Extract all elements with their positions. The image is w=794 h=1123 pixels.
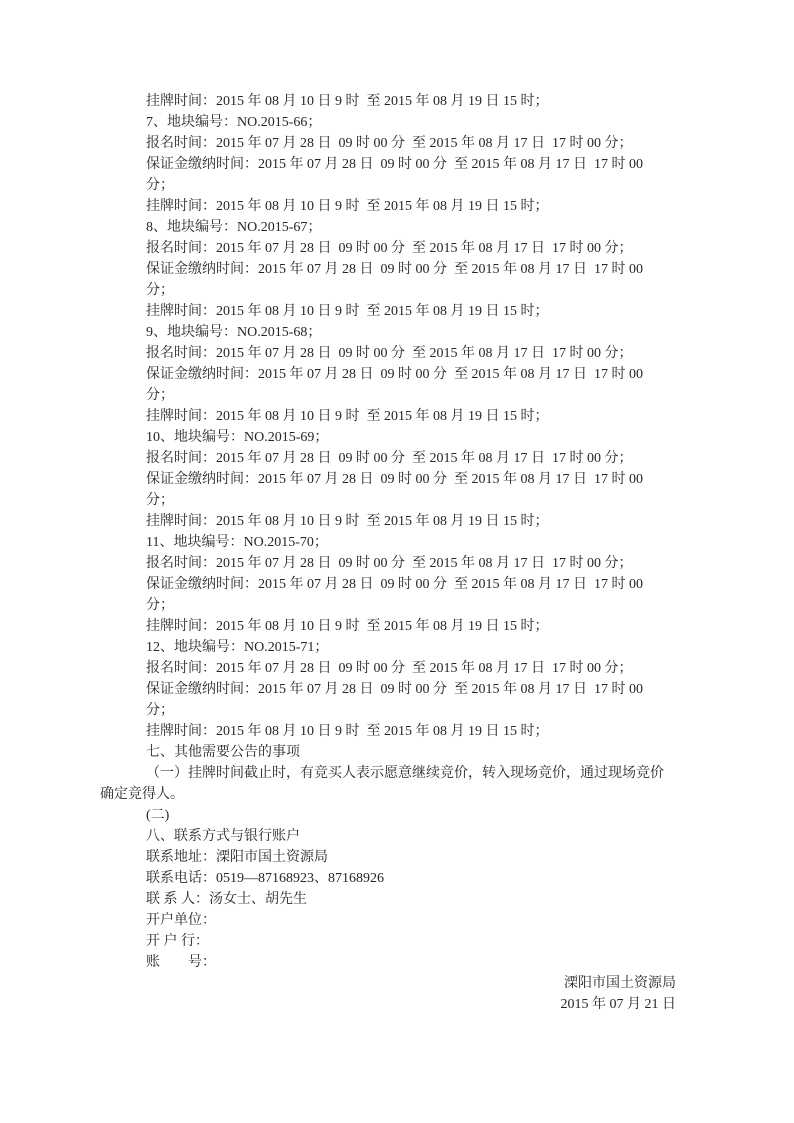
document-body: 挂牌时间：2015 年 08 月 10 日 9 时 至 2015 年 08 月 … [0, 0, 794, 1015]
plot-7-deposit-time-1: 保证金缴纳时间：2015 年 07 月 28 日 09 时 00 分 至 201… [100, 154, 676, 175]
account-holder: 开户单位： [100, 910, 676, 931]
plot-7-deposit-time-2: 分； [100, 175, 676, 196]
plot-11-signup-time: 报名时间：2015 年 07 月 28 日 09 时 00 分 至 2015 年… [100, 553, 676, 574]
plot-12-heading: 12、地块编号：NO.2015-71； [100, 637, 676, 658]
plot-7-heading: 7、地块编号：NO.2015-66； [100, 112, 676, 133]
plot-10-listing-time: 挂牌时间：2015 年 08 月 10 日 9 时 至 2015 年 08 月 … [100, 511, 676, 532]
contact-phone: 联系电话：0519—87168923、87168926 [100, 868, 676, 889]
clause-1-line-1: （一）挂牌时间截止时，有竞买人表示愿意继续竞价，转入现场竞价，通过现场竞价 [100, 763, 676, 784]
signature-issuer: 溧阳市国土资源局 [100, 973, 676, 994]
document-page: 挂牌时间：2015 年 08 月 10 日 9 时 至 2015 年 08 月 … [0, 0, 794, 1123]
plot-11-deposit-time-1: 保证金缴纳时间：2015 年 07 月 28 日 09 时 00 分 至 201… [100, 574, 676, 595]
plot-9-heading: 9、地块编号：NO.2015-68； [100, 322, 676, 343]
bank-name: 开 户 行： [100, 931, 676, 952]
plot-12-deposit-time-1: 保证金缴纳时间：2015 年 07 月 28 日 09 时 00 分 至 201… [100, 679, 676, 700]
plot-8-heading: 8、地块编号：NO.2015-67； [100, 217, 676, 238]
plot-12-listing-time: 挂牌时间：2015 年 08 月 10 日 9 时 至 2015 年 08 月 … [100, 721, 676, 742]
plot-8-signup-time: 报名时间：2015 年 07 月 28 日 09 时 00 分 至 2015 年… [100, 238, 676, 259]
plot-8-deposit-time-2: 分； [100, 280, 676, 301]
plot-12-deposit-time-2: 分； [100, 700, 676, 721]
plot-12-signup-time: 报名时间：2015 年 07 月 28 日 09 时 00 分 至 2015 年… [100, 658, 676, 679]
account-number: 账 号： [100, 952, 676, 973]
plot-10-deposit-time-1: 保证金缴纳时间：2015 年 07 月 28 日 09 时 00 分 至 201… [100, 469, 676, 490]
clause-1-line-2: 确定竞得人。 [100, 784, 676, 805]
signature-date: 2015 年 07 月 21 日 [100, 994, 676, 1015]
plot-6-listing-time: 挂牌时间：2015 年 08 月 10 日 9 时 至 2015 年 08 月 … [100, 91, 676, 112]
contact-person: 联 系 人：汤女士、胡先生 [100, 889, 676, 910]
section-7-heading: 七、其他需要公告的事项 [100, 742, 676, 763]
plot-9-deposit-time-1: 保证金缴纳时间：2015 年 07 月 28 日 09 时 00 分 至 201… [100, 364, 676, 385]
plot-8-deposit-time-1: 保证金缴纳时间：2015 年 07 月 28 日 09 时 00 分 至 201… [100, 259, 676, 280]
plot-11-deposit-time-2: 分； [100, 595, 676, 616]
plot-11-listing-time: 挂牌时间：2015 年 08 月 10 日 9 时 至 2015 年 08 月 … [100, 616, 676, 637]
plot-8-listing-time: 挂牌时间：2015 年 08 月 10 日 9 时 至 2015 年 08 月 … [100, 301, 676, 322]
plot-10-signup-time: 报名时间：2015 年 07 月 28 日 09 时 00 分 至 2015 年… [100, 448, 676, 469]
section-8-heading: 八、联系方式与银行账户 [100, 826, 676, 847]
contact-address: 联系地址：溧阳市国土资源局 [100, 847, 676, 868]
plot-9-deposit-time-2: 分； [100, 385, 676, 406]
plot-9-listing-time: 挂牌时间：2015 年 08 月 10 日 9 时 至 2015 年 08 月 … [100, 406, 676, 427]
plot-11-heading: 11、地块编号：NO.2015-70； [100, 532, 676, 553]
plot-10-deposit-time-2: 分； [100, 490, 676, 511]
plot-10-heading: 10、地块编号：NO.2015-69； [100, 427, 676, 448]
clause-2: (二) [100, 805, 676, 826]
plot-9-signup-time: 报名时间：2015 年 07 月 28 日 09 时 00 分 至 2015 年… [100, 343, 676, 364]
plot-7-listing-time: 挂牌时间：2015 年 08 月 10 日 9 时 至 2015 年 08 月 … [100, 196, 676, 217]
plot-7-signup-time: 报名时间：2015 年 07 月 28 日 09 时 00 分 至 2015 年… [100, 133, 676, 154]
